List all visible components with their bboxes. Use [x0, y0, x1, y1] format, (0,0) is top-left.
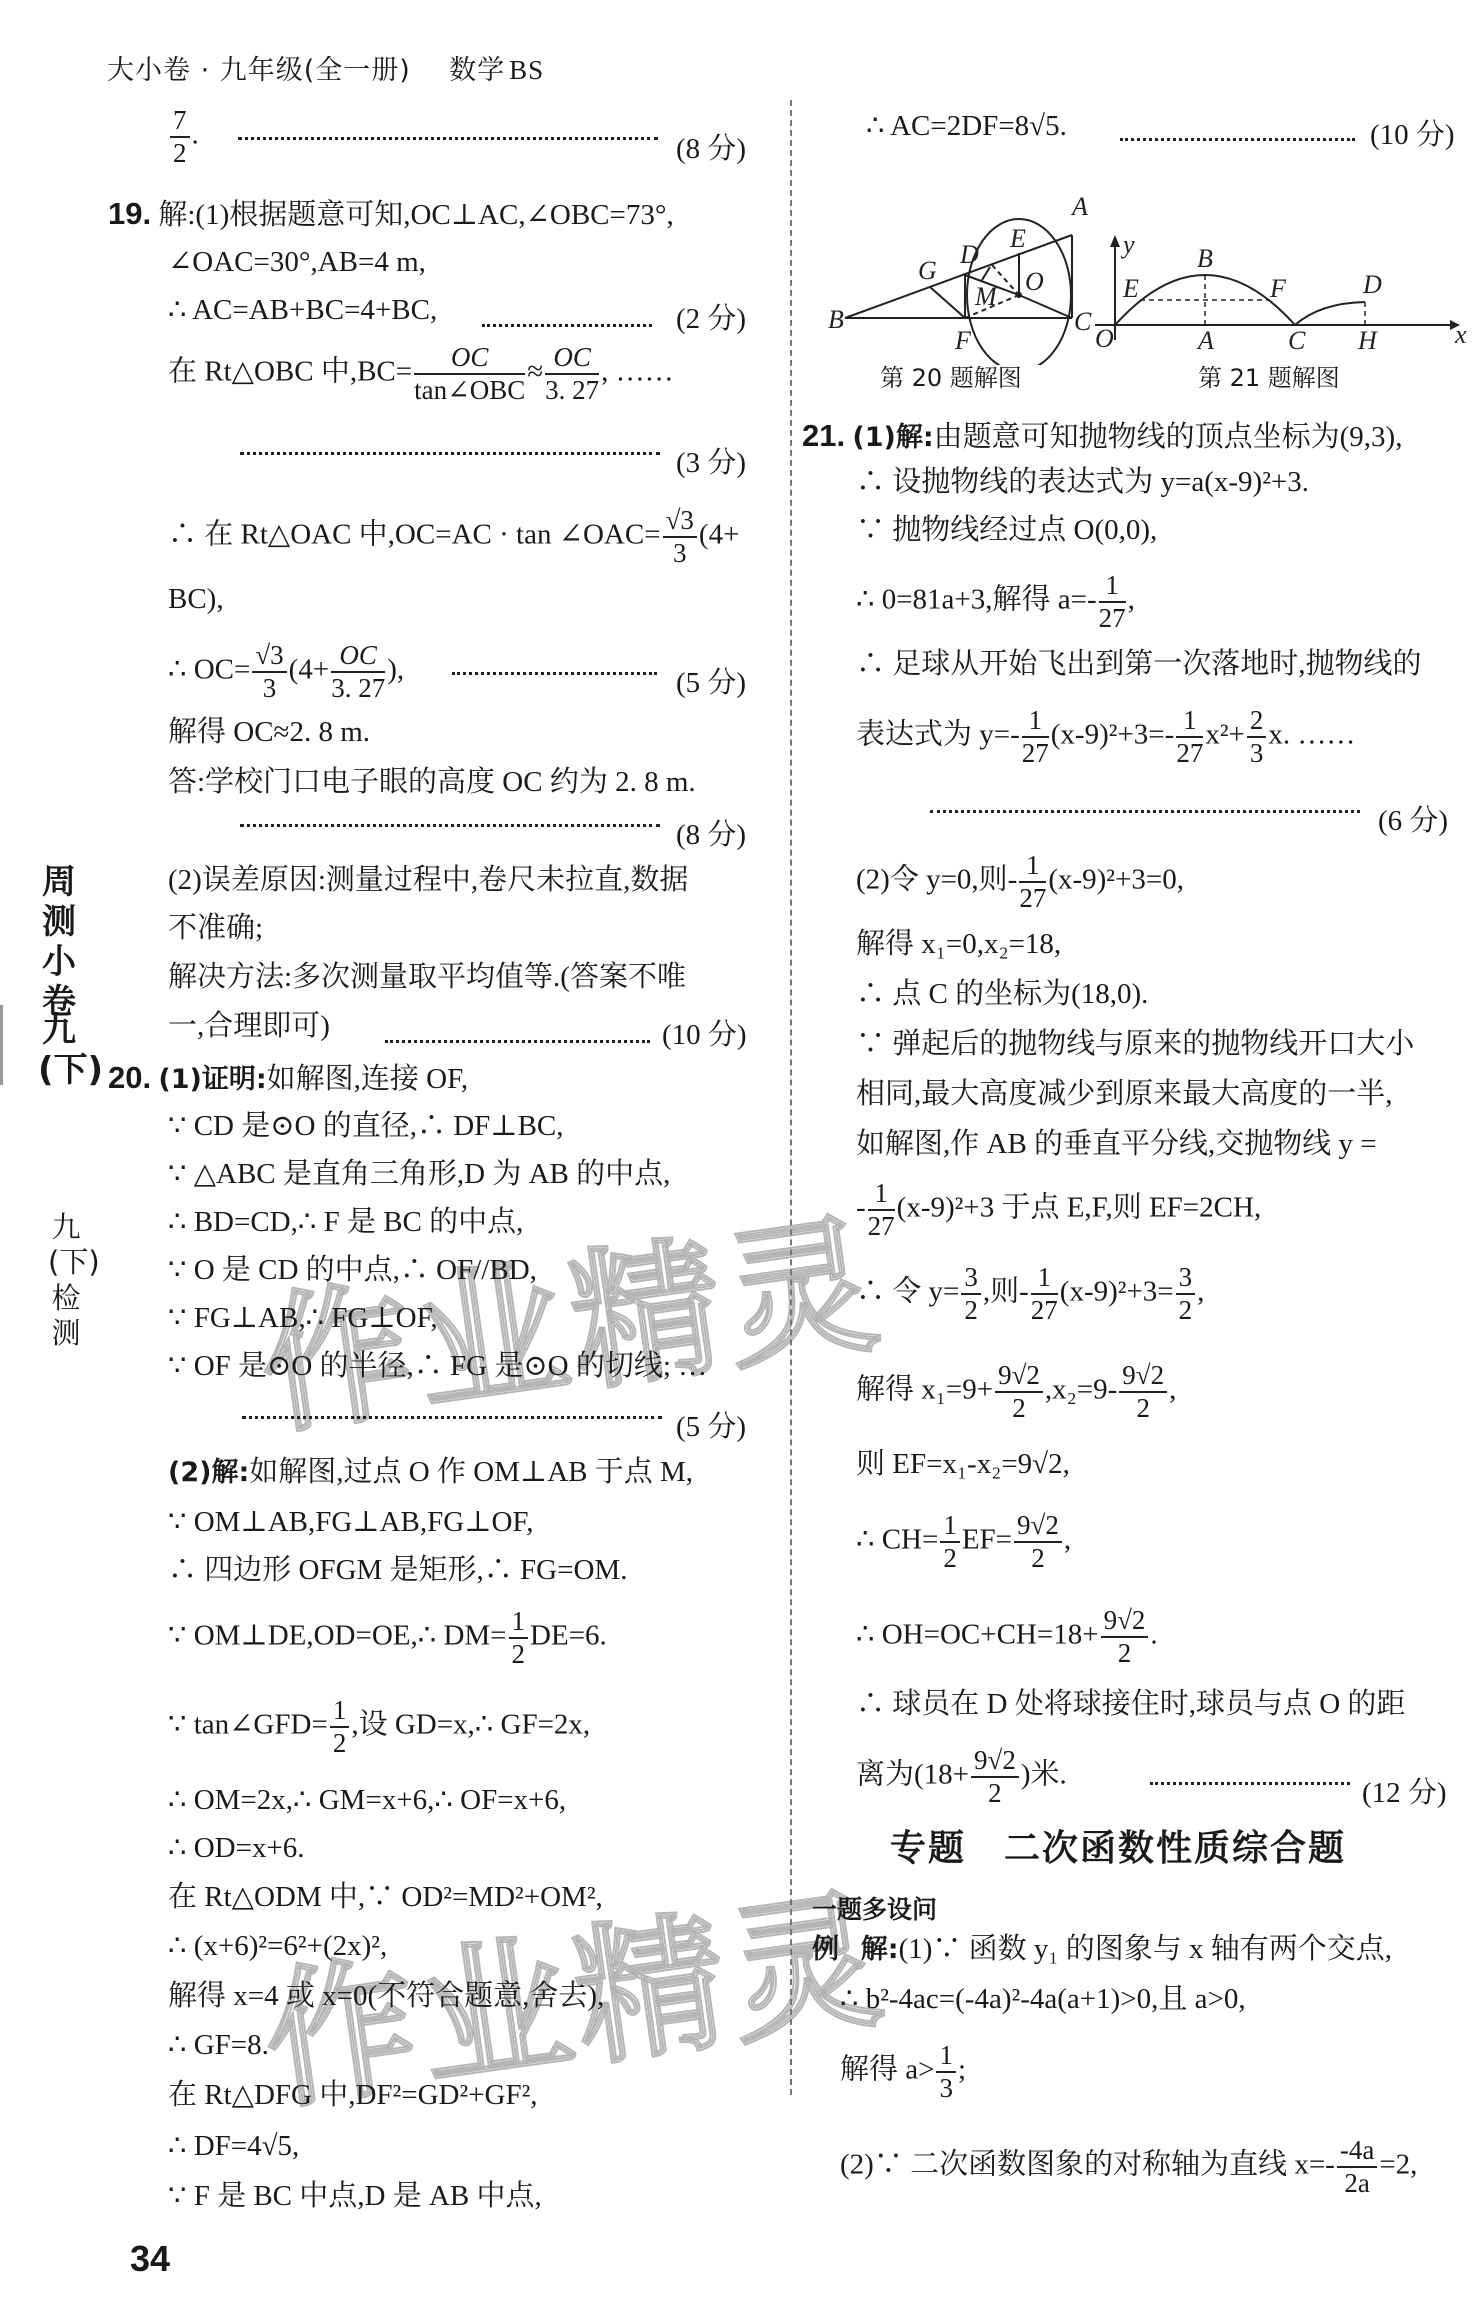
- text-line: ∴ 设抛物线的表达式为 y=a(x-9)²+3.: [856, 468, 1309, 497]
- score: (5 分): [676, 660, 746, 701]
- figure-21-diagram: yBE FDO ACHx: [1095, 235, 1472, 355]
- svg-text:F: F: [954, 326, 972, 355]
- text-line: ∵ O 是 CD 的中点,∴ OF//BD,: [168, 1256, 537, 1285]
- text-line: ∴ OD=x+6.: [168, 1834, 305, 1863]
- text-line: 在 Rt△OBC 中,BC=OCtan∠OBC≈OC3. 27, ……: [168, 342, 674, 406]
- text-line: 不准确;: [168, 914, 263, 943]
- question-20-line: 20. (1)证明:如解图,连接 OF,: [108, 1062, 468, 1094]
- page-number: 34: [130, 2238, 170, 2280]
- svg-text:O: O: [1095, 324, 1114, 353]
- subject: 数学: [449, 55, 505, 86]
- text-line: ∵ OM⊥AB,FG⊥AB,FG⊥OF,: [168, 1508, 533, 1537]
- text-line: ∴ 在 Rt△OAC 中,OC=AC · tan ∠OAC=√33(4+: [168, 505, 739, 569]
- score: (12 分): [1362, 1770, 1447, 1811]
- leader-dots: [240, 820, 660, 827]
- sidebar-label-test: 九(下)检测: [48, 1210, 84, 1352]
- svg-text:D: D: [1362, 270, 1382, 299]
- text-line: (2)令 y=0,则-127(x-9)²+3=0,: [856, 850, 1184, 914]
- text-line: (2)∵ 二次函数图象的对称轴为直线 x=--4a2a=2,: [840, 2135, 1417, 2199]
- text-line: ∴ 球员在 D 处将球接住时,球员与点 O 的距: [856, 1690, 1405, 1719]
- svg-text:M: M: [974, 282, 998, 311]
- sidebar-edge-mark: [0, 1005, 3, 1085]
- svg-text:G: G: [918, 256, 937, 285]
- text-line: 解得 a>13;: [840, 2040, 966, 2104]
- svg-text:A: A: [1070, 192, 1088, 221]
- text-line: 解得 x₁=0,x₂=18,: [856, 930, 1061, 959]
- text-line: ∴ BD=CD,∴ F 是 BC 的中点,: [168, 1208, 523, 1237]
- example-line: 例 解:(1)∵ 函数 y₁ 的图象与 x 轴有两个交点,: [812, 1935, 1392, 1964]
- svg-text:O: O: [1025, 267, 1044, 296]
- text-line: ∴ 0=81a+3,解得 a=-127,: [856, 570, 1135, 634]
- svg-text:C: C: [1074, 307, 1092, 336]
- edition: BS: [509, 55, 544, 85]
- text-line: 一,合理即可): [168, 1012, 330, 1041]
- text-line: 在 Rt△DFG 中,DF²=GD²+GF²,: [168, 2081, 538, 2110]
- text-line: ∴ (x+6)²=6²+(2x)²,: [168, 1932, 387, 1961]
- text-line: 如解图,作 AB 的垂直平分线,交抛物线 y =: [856, 1130, 1377, 1159]
- svg-text:D: D: [959, 240, 979, 269]
- text-line: ∵ tan∠GFD=12,设 GD=x,∴ GF=2x,: [168, 1695, 590, 1759]
- text-line: -127(x-9)²+3 于点 E,F,则 EF=2CH,: [856, 1178, 1261, 1242]
- column-divider: [790, 100, 792, 2095]
- leader-dots: [385, 1036, 650, 1043]
- score: (2 分): [676, 296, 746, 337]
- text-line: ∴ OC=√33(4+OC3. 27),: [168, 640, 404, 704]
- text-line: (2)误差原因:测量过程中,卷尺未拉直,数据: [168, 866, 688, 895]
- score: (10 分): [662, 1012, 747, 1053]
- text-line: ∵ 抛物线经过点 O(0,0),: [856, 516, 1157, 545]
- svg-text:x: x: [1454, 320, 1467, 349]
- text-line: 则 EF=x₁-x₂=9√2,: [856, 1450, 1070, 1479]
- figure-21-caption: 第 21 题解图: [1198, 358, 1340, 393]
- score: (3 分): [676, 440, 746, 481]
- score: (5 分): [676, 1404, 746, 1445]
- leader-dots: [1150, 1778, 1350, 1785]
- text-line: 离为(18+9√22)米.: [856, 1745, 1067, 1809]
- leader-dots: [242, 1412, 662, 1419]
- svg-text:y: y: [1120, 235, 1135, 259]
- sidebar-label-main: 周测小卷: [38, 862, 80, 1022]
- text-line: ∴ AC=2DF=8√5.: [866, 112, 1067, 141]
- score: (8 分): [676, 126, 746, 167]
- text-line: 答:学校门口电子眼的高度 OC 约为 2. 8 m.: [168, 768, 696, 797]
- text-line: ∴ 足球从开始飞出到第一次落地时,抛物线的: [856, 650, 1422, 679]
- answer-line: 72.: [168, 105, 199, 169]
- text-line: ∵ △ABC 是直角三角形,D 为 AB 的中点,: [168, 1160, 670, 1189]
- text-line: ∴ 四边形 OFGM 是矩形,∴ FG=OM.: [168, 1556, 627, 1585]
- leader-dots: [930, 806, 1360, 813]
- leader-dots: [240, 448, 660, 455]
- text-line: ∵ 弹起后的抛物线与原来的抛物线开口大小: [856, 1030, 1414, 1059]
- text-line: ∠OAC=30°,AB=4 m,: [168, 248, 426, 277]
- score: (8 分): [676, 812, 746, 853]
- text-line: ∴ 令 y=32,则-127(x-9)²+3=32,: [856, 1262, 1204, 1326]
- score: (6 分): [1378, 798, 1448, 839]
- text-line: 在 Rt△ODM 中,∵ OD²=MD²+OM²,: [168, 1883, 603, 1912]
- svg-text:H: H: [1357, 326, 1378, 355]
- text-line: 表达式为 y=-127(x-9)²+3=-127x²+23x. ……: [856, 705, 1355, 769]
- text-line: ∵ F 是 BC 中点,D 是 AB 中点,: [168, 2182, 542, 2211]
- book-title: 大小卷 · 九年级(全一册): [107, 55, 411, 86]
- figure-20-diagram: AED GMO BFC: [810, 165, 1110, 365]
- text-line: ∴ OH=OC+CH=18+9√22.: [856, 1605, 1158, 1669]
- text-line: 相同,最大高度减少到原来最大高度的一半,: [856, 1080, 1393, 1109]
- text-line: ∴ b²-4ac=(-4a)²-4a(a+1)>0,且 a>0,: [840, 1985, 1246, 2014]
- text-line: ∴ 点 C 的坐标为(18,0).: [856, 980, 1148, 1009]
- svg-text:F: F: [1269, 274, 1287, 303]
- svg-text:E: E: [1009, 224, 1026, 253]
- text-line: ∴ GF=8.: [168, 2031, 269, 2060]
- svg-text:C: C: [1288, 326, 1306, 355]
- text-line: 解决方法:多次测量取平均值等.(答案不唯: [168, 963, 686, 992]
- text-line: ∴ AC=AB+BC=4+BC,: [168, 296, 437, 325]
- svg-text:B: B: [1197, 244, 1213, 273]
- leader-dots: [1120, 134, 1355, 141]
- svg-text:A: A: [1196, 326, 1214, 355]
- leader-dots: [452, 668, 657, 675]
- svg-text:B: B: [828, 305, 844, 334]
- text-line: ∴ OM=2x,∴ GM=x+6,∴ OF=x+6,: [168, 1786, 566, 1815]
- text-line: 解得 x=4 或 x=0(不符合题意,舍去),: [168, 1982, 604, 2011]
- text-line: ∵ FG⊥AB,∴ FG⊥OF,: [168, 1304, 438, 1333]
- text-line: (2)解:如解图,过点 O 作 OM⊥AB 于点 M,: [168, 1458, 693, 1487]
- text-line: BC),: [168, 585, 224, 614]
- text-line: ∵ CD 是⊙O 的直径,∴ DF⊥BC,: [168, 1112, 564, 1141]
- leader-dots: [238, 133, 658, 140]
- text-line: ∴ CH=12EF=9√22,: [856, 1510, 1071, 1574]
- figure-20-caption: 第 20 题解图: [880, 358, 1022, 393]
- section-title: 专题 二次函数性质综合题: [890, 1820, 1346, 1871]
- score: (10 分): [1370, 112, 1455, 153]
- text-line: 解得 OC≈2. 8 m.: [168, 718, 370, 747]
- question-21-line: 21. (1)解:由题意可知抛物线的顶点坐标为(9,3),: [802, 420, 1402, 452]
- text-line: 解得 x₁=9+9√22,x₂=9-9√22,: [856, 1360, 1176, 1424]
- text-line: ∵ OM⊥DE,OD=OE,∴ DM=12DE=6.: [168, 1606, 607, 1670]
- text-line: ∵ OF 是⊙O 的半径,∴ FG 是⊙O 的切线; …: [168, 1352, 707, 1381]
- page-header: 大小卷 · 九年级(全一册) 数学BS: [107, 48, 544, 87]
- question-19-line: 19. 解:(1)根据题意可知,OC⊥AC,∠OBC=73°,: [108, 198, 674, 230]
- svg-text:E: E: [1122, 274, 1139, 303]
- sidebar-label-grade: 九(下): [38, 1010, 80, 1090]
- section-subtitle: 一题多设问: [812, 1890, 937, 1926]
- leader-dots: [482, 320, 652, 327]
- text-line: ∴ DF=4√5,: [168, 2132, 299, 2161]
